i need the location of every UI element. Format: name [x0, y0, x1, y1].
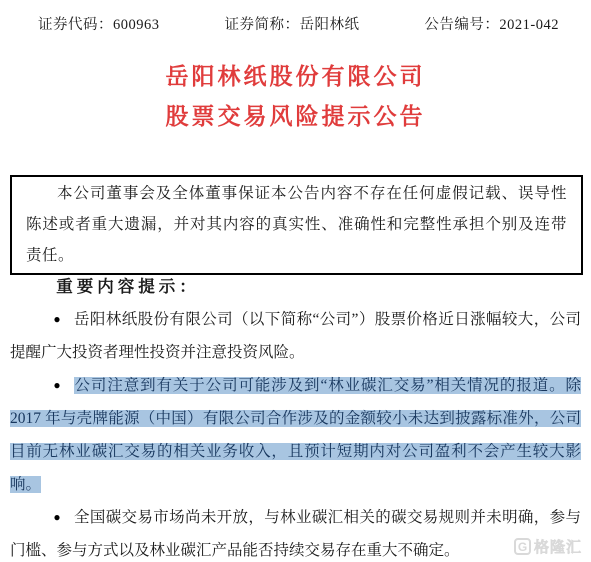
document-header: 证券代码：600963 证券简称：岳阳林纸 公告编号：2021-042 — [0, 13, 591, 34]
announcement-body: 重要内容提示： ●岳阳林纸股份有限公司（以下简称“公司”）股票价格近日涨幅较大，… — [10, 270, 581, 562]
gelonghui-logo-icon: G — [514, 538, 531, 555]
announcement-number: 公告编号：2021-042 — [424, 13, 559, 34]
document-title: 岳阳林纸股份有限公司 股票交易风险提示公告 — [0, 54, 591, 134]
board-disclaimer-box: 本公司董事会及全体董事保证本公告内容不存在任何虚假记载、误导性陈述或者重大遗漏，… — [10, 175, 583, 275]
bullet-text: 岳阳林纸股份有限公司（以下简称“公司”）股票价格近日涨幅较大，公司提醒广大投资者… — [10, 311, 581, 361]
stock-code-label: 证券代码： — [38, 17, 113, 33]
stock-name-label: 证券简称： — [224, 17, 299, 33]
company-name-title: 岳阳林纸股份有限公司 — [0, 54, 591, 94]
disclaimer-text: 本公司董事会及全体董事保证本公告内容不存在任何虚假记载、误导性陈述或者重大遗漏，… — [26, 185, 567, 264]
announcement-number-value: 2021-042 — [499, 17, 559, 33]
bullet-paragraph-market-uncertainty: ●全国碳交易市场尚未开放，与林业碳汇相关的碳交易规则并未明确，参与门槛、参与方式… — [10, 501, 581, 562]
announcement-type-title: 股票交易风险提示公告 — [0, 94, 591, 134]
announcement-number-label: 公告编号： — [424, 17, 499, 33]
bullet-icon: ● — [53, 369, 60, 402]
stock-name: 证券简称：岳阳林纸 — [224, 13, 359, 34]
gelonghui-watermark: G 格隆汇 — [514, 536, 582, 557]
announcement-page: 证券代码：600963 证券简称：岳阳林纸 公告编号：2021-042 岳阳林纸… — [0, 0, 591, 562]
stock-code-value: 600963 — [113, 17, 160, 33]
bullet-text: 全国碳交易市场尚未开放，与林业碳汇相关的碳交易规则并未明确，参与门槛、参与方式以… — [10, 509, 581, 559]
bullet-paragraph-stock-price-risk: ●岳阳林纸股份有限公司（以下简称“公司”）股票价格近日涨幅较大，公司提醒广大投资… — [10, 303, 581, 369]
gelonghui-logo-text: 格隆汇 — [534, 536, 582, 557]
bullet-paragraph-carbon-trading-highlighted: ●公司注意到有关于公司可能涉及到“林业碳汇交易”相关情况的报道。除2017 年与… — [10, 369, 581, 501]
stock-code: 证券代码：600963 — [38, 13, 160, 34]
bullet-text-highlighted: 公司注意到有关于公司可能涉及到“林业碳汇交易”相关情况的报道。除2017 年与壳… — [10, 377, 581, 493]
stock-name-value: 岳阳林纸 — [299, 17, 359, 33]
bullet-icon: ● — [53, 303, 60, 336]
important-notice-heading: 重要内容提示： — [10, 270, 581, 303]
bullet-icon: ● — [53, 501, 60, 534]
